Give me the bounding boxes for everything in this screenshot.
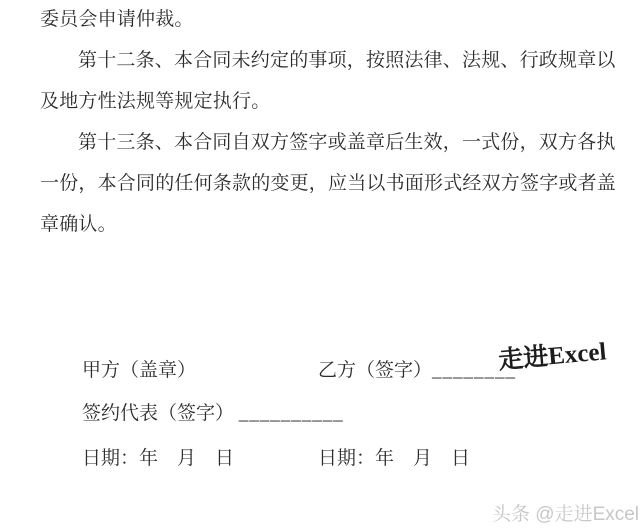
party-a-seal-label: 甲方（盖章） [82,355,196,382]
date-field-party-b: 日期：年 月 日 [318,443,470,470]
party-b-signature-row: 乙方（签字）________ [318,355,516,382]
contract-line: 及地方性法规等规定执行。 [40,90,612,114]
contract-line: 章确认。 [40,213,612,237]
contract-line-clause-12: 第十二条、本合同未约定的事项，按照法律、法规、行政规章以 [40,49,612,73]
representative-signature-label: 签约代表（签字） [82,403,234,424]
date-field-party-a: 日期：年 月 日 [82,443,234,470]
contract-line: 一份，本合同的任何条款的变更，应当以书面形式经双方签字或者盖 [40,172,612,196]
contract-line: 委员会申请仲裁。 [40,8,612,32]
handwritten-brand-mark: 走进Excel [497,331,608,376]
representative-signature-row: 签约代表（签字） __________ [82,398,344,425]
party-b-signature-label: 乙方（签字） [318,360,432,381]
contract-line-clause-13: 第十三条、本合同自双方签字或盖章后生效，一式份，双方各执 [40,131,612,155]
representative-signature-blank: __________ [239,403,344,424]
contract-page: 委员会申请仲裁。 第十二条、本合同未约定的事项，按照法律、法规、行政规章以 及地… [0,0,640,532]
toutiao-watermark: 头条 @走进Excel [492,499,639,526]
